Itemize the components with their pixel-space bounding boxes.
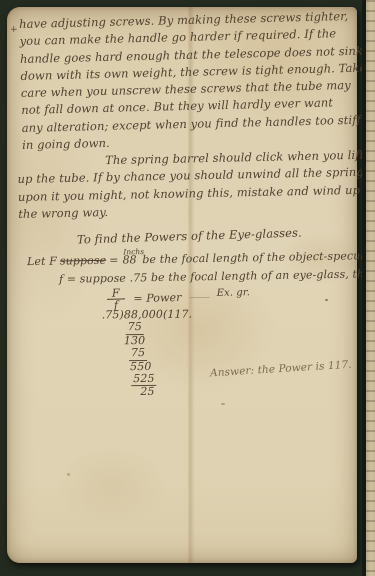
section-heading: To find the Powers of the Eye-glasses.	[77, 224, 302, 248]
example-abbreviation: Ex. gr.	[217, 287, 251, 299]
equals-sign: =	[109, 254, 119, 267]
division-quotient: (117.	[163, 308, 192, 321]
division-head: .75)88,000(117.	[102, 309, 193, 322]
division-steps: 75 130 75 550 525 25	[102, 321, 193, 399]
let-rest: be the focal length of the object-specul…	[142, 249, 375, 266]
paper-speck	[325, 299, 328, 301]
struck-word: suppose	[60, 254, 107, 268]
manuscript-page: + have adjusting screws. By making these…	[7, 7, 357, 563]
long-division: .75)88,000(117. 75 130 75 550 525 25	[102, 309, 193, 400]
unit-superscript: Inchs	[123, 243, 144, 261]
division-dividend: 88,000	[124, 308, 163, 321]
book-fore-edge	[362, 0, 375, 576]
paragraph-screws: have adjusting screws. By making these s…	[19, 8, 368, 155]
margin-mark: +	[10, 22, 18, 39]
division-step: 25	[138, 386, 156, 399]
paper-speck	[221, 403, 225, 405]
paper-speck	[67, 473, 70, 476]
focal-length-value: Inchs88	[122, 251, 137, 269]
division-step: 75	[129, 347, 147, 361]
let-prefix: Let F	[27, 255, 57, 269]
answer-line: Answer: the Power is 117.	[210, 357, 353, 383]
paragraph-spring-barrel: The spring barrel should click when you …	[17, 147, 366, 223]
formula-equals: = Power	[133, 290, 182, 304]
division-step: 75	[126, 321, 144, 335]
scratched-out-mark: ——	[189, 290, 209, 304]
division-divisor: .75)	[102, 308, 124, 321]
